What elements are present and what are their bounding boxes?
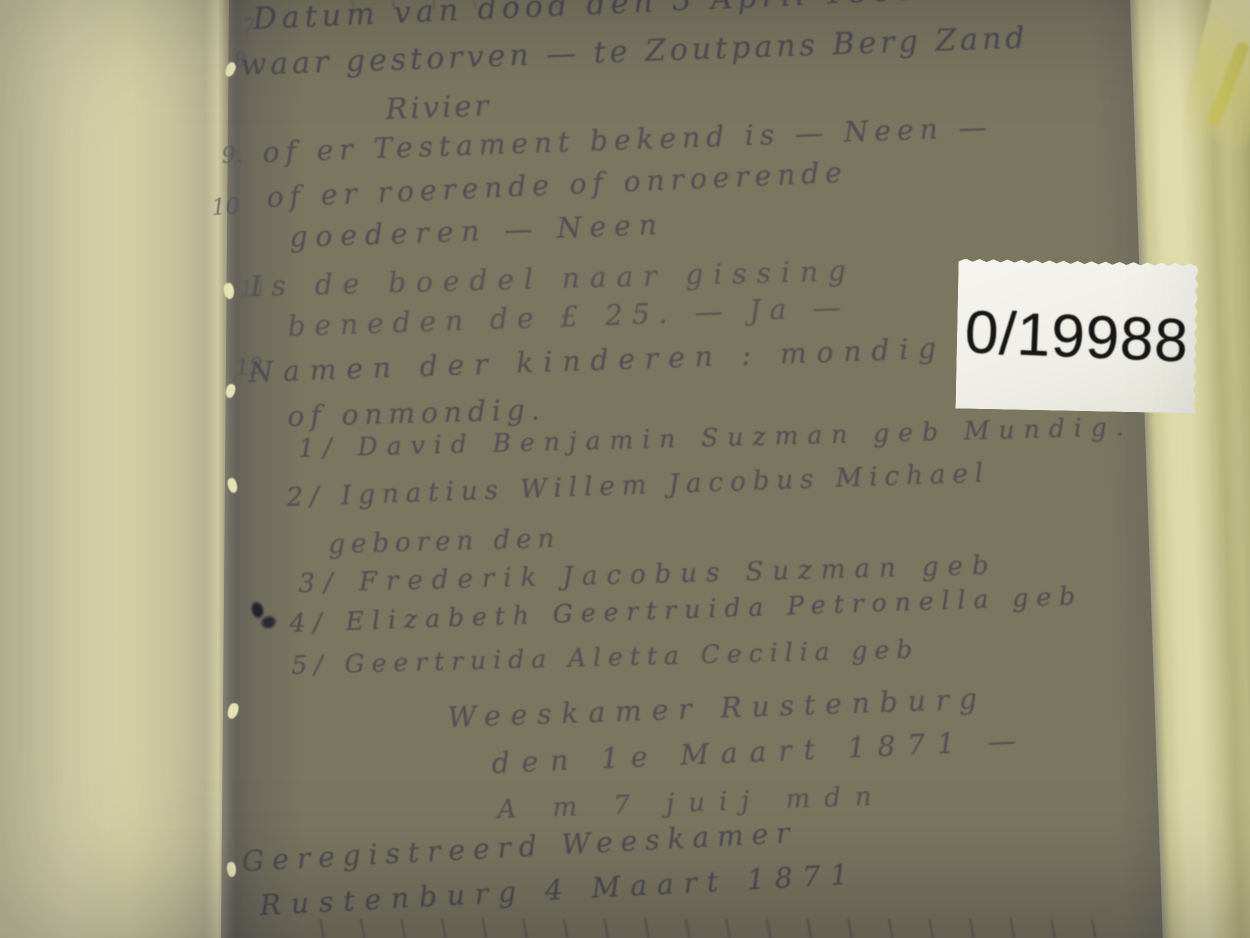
handwritten-line: Weeskamer Rustenburg: [447, 682, 988, 734]
margin-number: 10: [211, 195, 240, 221]
margin-number: 9.: [221, 143, 243, 169]
handwritten-line: geboren den: [328, 524, 561, 560]
handwritten-line: den 1e Maart 1871 —: [491, 724, 1028, 780]
handwritten-line: goederen — Neen: [289, 208, 665, 254]
handwritten-line: 2/ Ignatius Willem Jacobus Michael: [286, 458, 991, 513]
archive-reference-label: 0/19988: [955, 259, 1198, 414]
archive-reference-number: 0/19988: [964, 297, 1191, 375]
handwritten-line: 5/ Geertruida Aletta Cecilia geb: [291, 635, 920, 680]
cut-off-line-strokes: [330, 0, 560, 9]
cut-off-line-strokes: [300, 919, 1130, 938]
handwritten-line: Rivier: [385, 88, 492, 126]
handwritten-line: of er Testament bekend is — Neen —: [262, 111, 993, 169]
photo-of-register-page: 7 8 9. 10 11 12 Datum van dood den 3 Apr…: [0, 0, 1250, 938]
handwritten-line: A m 7 juij mdn: [497, 781, 886, 825]
handwritten-line: of onmondig.: [287, 393, 546, 433]
